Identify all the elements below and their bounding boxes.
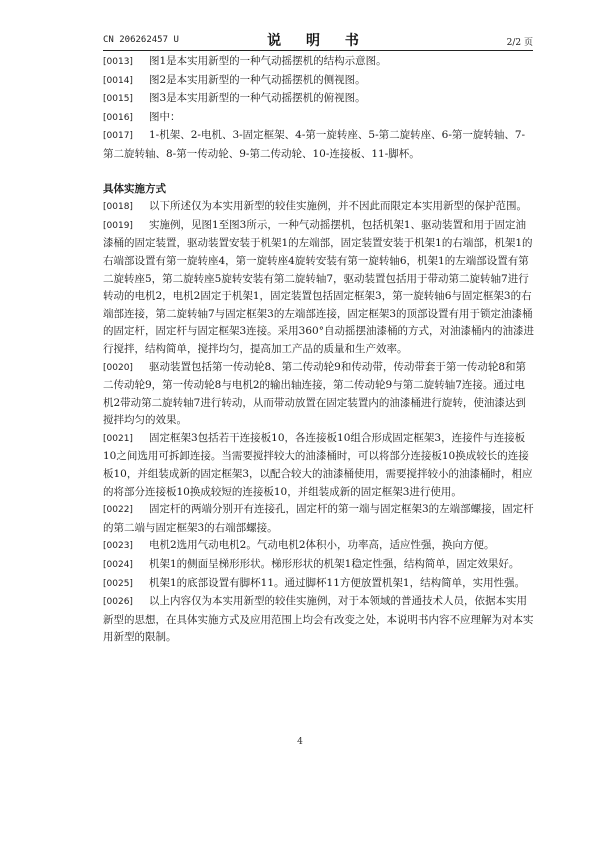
paragraph-text: 图3是本实用新型的一种气动摇摆机的俯视图。 xyxy=(149,92,366,104)
paragraph-0020: [0020]驱动装置包括第一传动轮8、第二传动轮9和传动带，传动带套于第一传动轮… xyxy=(103,359,535,430)
paragraph-text: 机架1的底部设置有脚杯11。通过脚杯11方便放置机架1，结构简单，实用性强。 xyxy=(149,577,525,589)
paragraph-number: [0019] xyxy=(103,218,149,236)
paragraph-number: [0017] xyxy=(103,128,149,146)
paragraph-text: 以上内容仅为本实用新型的较佳实施例，对于本领域的普通技术人员，依据本实用新型的思… xyxy=(103,595,534,643)
paragraph-number: [0023] xyxy=(103,538,149,556)
paragraph-number: [0025] xyxy=(103,576,149,594)
paragraph-0015: [0015]图3是本实用新型的一种气动摇摆机的俯视图。 xyxy=(103,90,535,109)
paragraph-0023: [0023]电机2选用气动电机2。气动电机2体积小，功率高，适应性强，换向方便。 xyxy=(103,537,535,556)
paragraph-number: [0020] xyxy=(103,360,149,378)
paragraph-number: [0015] xyxy=(103,91,149,109)
paragraph-number: [0014] xyxy=(103,73,149,91)
page-number: 4 xyxy=(0,737,600,747)
paragraph-0021: [0021]固定框架3包括若干连接板10，各连接板10组合形成固定框架3，连接件… xyxy=(103,430,535,501)
paragraph-text: 驱动装置包括第一传动轮8、第二传动轮9和传动带，传动带套于第一传动轮8和第二传动… xyxy=(103,361,526,427)
paragraph-number: [0018] xyxy=(103,199,149,217)
paragraph-number: [0024] xyxy=(103,557,149,575)
page-count: 2/2 页 xyxy=(507,35,533,48)
paragraph-0026: [0026]以上内容仅为本实用新型的较佳实施例，对于本领域的普通技术人员，依据本… xyxy=(103,593,535,647)
paragraph-number: [0013] xyxy=(103,54,149,72)
page-header: CN 206262457 U 说 明 书 2/2 页 xyxy=(103,30,533,51)
paragraph-text: 图中： xyxy=(149,111,181,123)
paragraph-0017: [0017]1-机架、2-电机、3-固定框架、4-第一旋转座、5-第二旋转座、6… xyxy=(103,127,535,163)
paragraph-number: [0026] xyxy=(103,594,149,612)
paragraph-0022: [0022]固定杆的两端分别开有连接孔，固定杆的第一端与固定框架3的左端部螺接，… xyxy=(103,501,535,537)
paragraph-0024: [0024]机架1的侧面呈梯形形状。梯形形状的机架1稳定性强，结构简单，固定效果… xyxy=(103,556,535,575)
section-heading: 具体实施方式 xyxy=(103,181,535,199)
paragraph-text: 以下所述仅为本实用新型的较佳实施例，并不因此而限定本实用新型的保护范围。 xyxy=(149,200,527,212)
paragraph-number: [0016] xyxy=(103,110,149,128)
paragraph-0016: [0016]图中： xyxy=(103,109,535,128)
document-title: 说 明 书 xyxy=(103,30,533,50)
paragraph-text: 图1是本实用新型的一种气动摇摆机的结构示意图。 xyxy=(149,55,387,67)
paragraph-0019: [0019]实施例，见图1至图3所示，一种气动摇摆机，包括机架1、驱动装置和用于… xyxy=(103,217,535,359)
paragraph-text: 1-机架、2-电机、3-固定框架、4-第一旋转座、5-第二旋转座、6-第一旋转轴… xyxy=(103,129,525,160)
paragraph-text: 实施例，见图1至图3所示，一种气动摇摆机，包括机架1、驱动装置和用于固定油漆桶的… xyxy=(103,219,534,355)
paragraph-text: 固定框架3包括若干连接板10，各连接板10组合形成固定框架3，连接件与连接板10… xyxy=(103,432,533,498)
paragraph-text: 电机2选用气动电机2。气动电机2体积小，功率高，适应性强，换向方便。 xyxy=(149,539,495,551)
paragraph-number: [0021] xyxy=(103,431,149,449)
paragraph-0014: [0014]图2是本实用新型的一种气动摇摆机的侧视图。 xyxy=(103,72,535,91)
paragraph-text: 固定杆的两端分别开有连接孔，固定杆的第一端与固定框架3的左端部螺接，固定杆的第二… xyxy=(103,503,534,534)
paragraph-0025: [0025]机架1的底部设置有脚杯11。通过脚杯11方便放置机架1，结构简单，实… xyxy=(103,575,535,594)
paragraph-0013: [0013]图1是本实用新型的一种气动摇摆机的结构示意图。 xyxy=(103,53,535,72)
paragraph-text: 图2是本实用新型的一种气动摇摆机的侧视图。 xyxy=(149,74,366,86)
paragraph-text: 机架1的侧面呈梯形形状。梯形形状的机架1稳定性强，结构简单，固定效果好。 xyxy=(149,558,519,570)
paragraph-0018: [0018]以下所述仅为本实用新型的较佳实施例，并不因此而限定本实用新型的保护范… xyxy=(103,198,535,217)
paragraph-number: [0022] xyxy=(103,502,149,520)
document-body: [0013]图1是本实用新型的一种气动摇摆机的结构示意图。 [0014]图2是本… xyxy=(103,53,535,647)
